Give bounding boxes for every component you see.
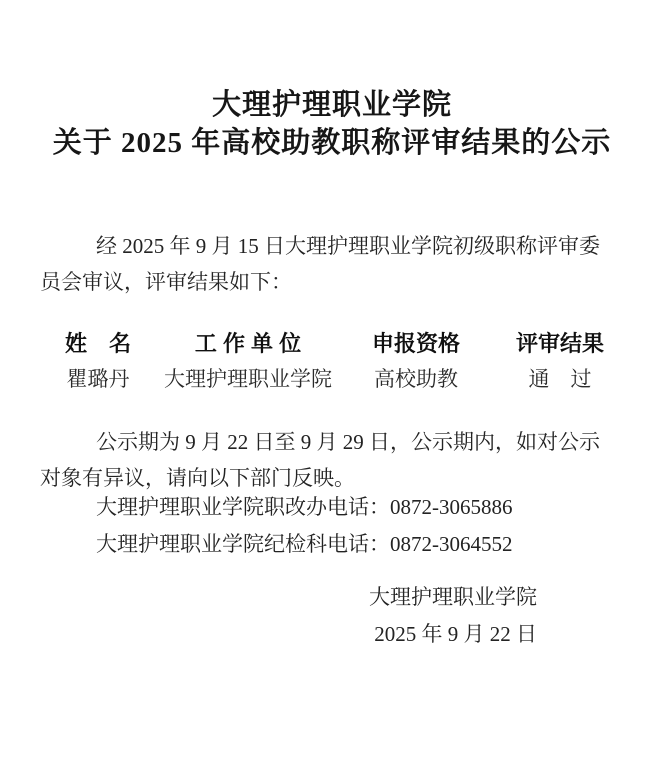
cell-declared-qualification: 高校助教 (336, 363, 496, 396)
cell-name: 瞿璐丹 (36, 363, 160, 396)
signature-date: 2025 年 9 月 22 日 (0, 616, 537, 653)
page-title: 大理护理职业学院 关于 2025 年高校助教职称评审结果的公示 (0, 86, 664, 162)
cell-review-result: 通 过 (496, 363, 624, 396)
title-line-2: 关于 2025 年高校助教职称评审结果的公示 (0, 124, 664, 162)
phone-line-personnel-office: 大理护理职业学院职改办电话：0872-3065886 (40, 489, 628, 526)
intro-paragraph: 经 2025 年 9 月 15 日大理护理职业学院初级职称评审委 员会审议，评审… (40, 228, 628, 300)
result-table: 姓 名 工 作 单 位 申报资格 评审结果 瞿璐丹 大理护理职业学院 高校助教 … (36, 327, 628, 396)
intro-line-1: 经 2025 年 9 月 15 日大理护理职业学院初级职称评审委 (40, 228, 628, 264)
header-work-unit: 工 作 单 位 (160, 327, 336, 361)
title-line-1: 大理护理职业学院 (0, 86, 664, 124)
cell-work-unit: 大理护理职业学院 (160, 363, 336, 396)
header-declared-qualification: 申报资格 (336, 327, 496, 361)
signature-block: 大理护理职业学院 2025 年 9 月 22 日 (0, 579, 537, 653)
notice-line-1: 公示期为 9 月 22 日至 9 月 29 日，公示期内，如对公示 (40, 424, 628, 460)
phone-line-discipline-office: 大理护理职业学院纪检科电话：0872-3064552 (40, 526, 628, 563)
header-review-result: 评审结果 (496, 327, 624, 361)
notice-paragraph: 公示期为 9 月 22 日至 9 月 29 日，公示期内，如对公示 对象有异议，… (40, 424, 628, 496)
header-name: 姓 名 (36, 327, 160, 361)
signature-org: 大理护理职业学院 (0, 579, 537, 616)
table-row: 瞿璐丹 大理护理职业学院 高校助教 通 过 (36, 363, 628, 396)
announcement-page: 大理护理职业学院 关于 2025 年高校助教职称评审结果的公示 经 2025 年… (0, 0, 664, 764)
table-header-row: 姓 名 工 作 单 位 申报资格 评审结果 (36, 327, 628, 361)
intro-line-2: 员会审议，评审结果如下： (40, 264, 628, 300)
contact-phones: 大理护理职业学院职改办电话：0872-3065886 大理护理职业学院纪检科电话… (40, 489, 628, 563)
